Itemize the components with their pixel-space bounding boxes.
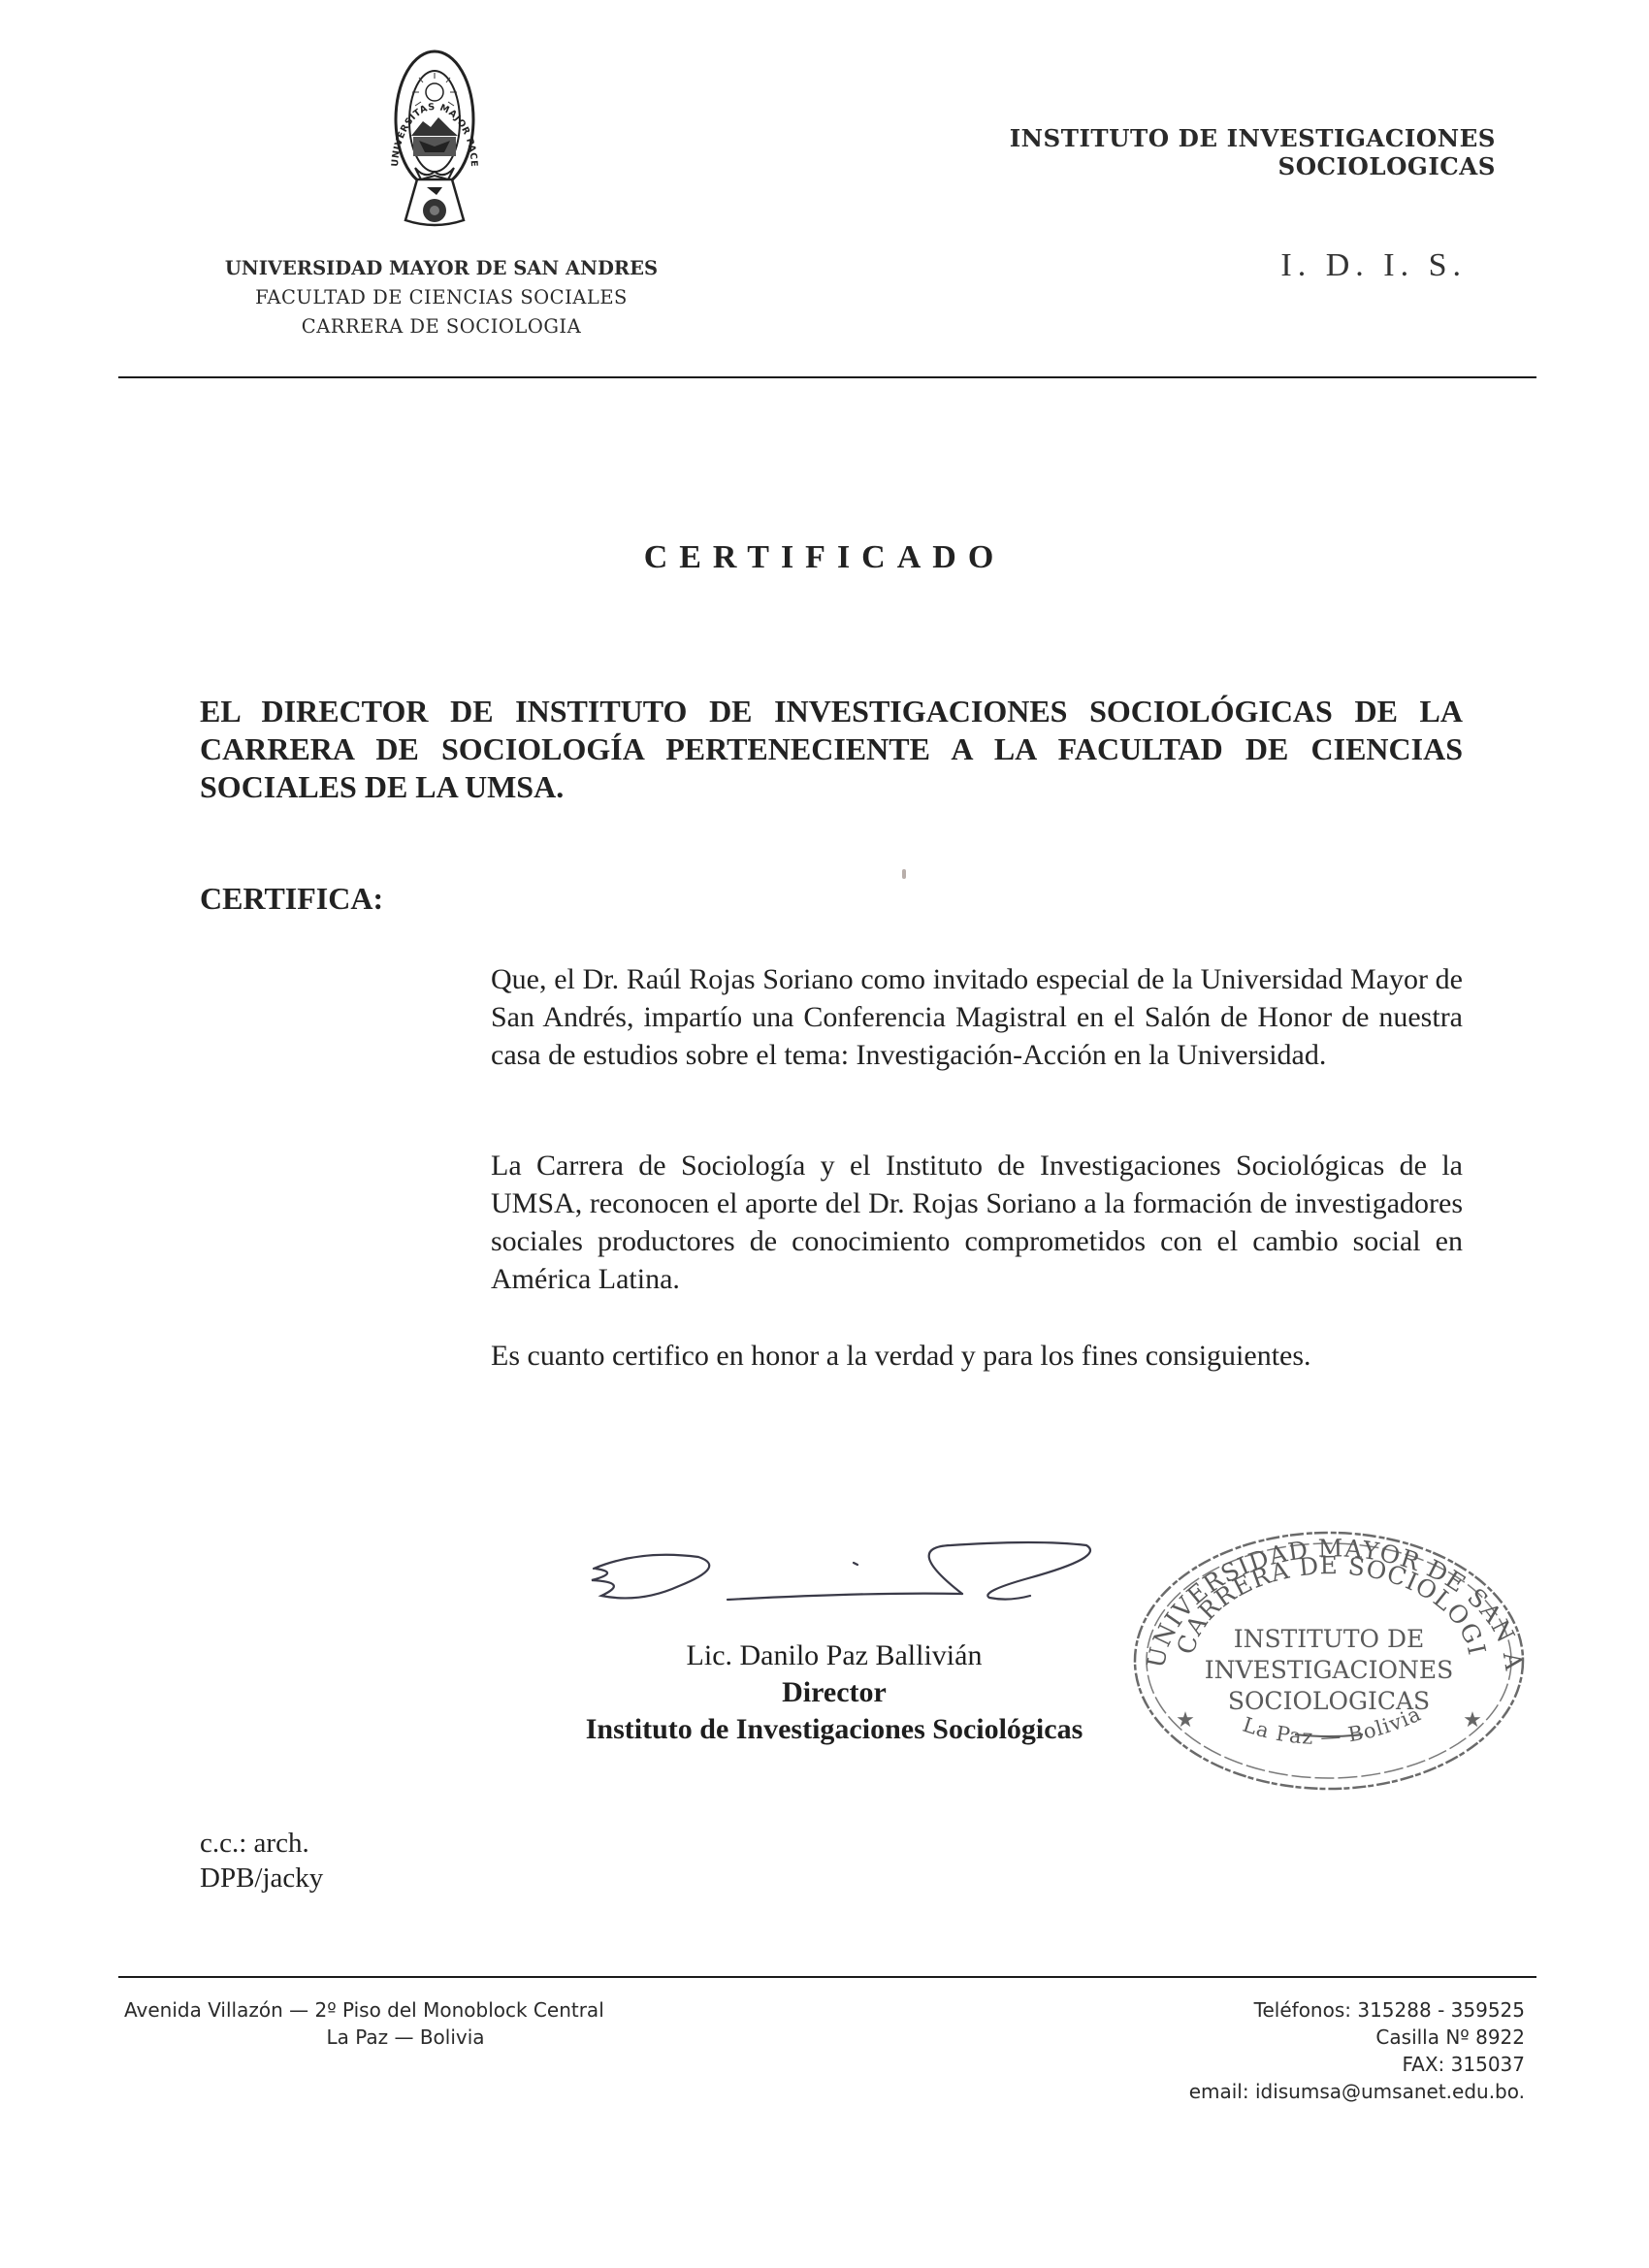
stamp-seal-icon: UNIVERSIDAD MAYOR DE SAN ANDRES CARRERA …: [1125, 1523, 1533, 1799]
email-address[interactable]: email: idisumsa@umsanet.edu.bo.: [1086, 2078, 1525, 2105]
career-name: CARRERA DE SOCIOLOGIA: [194, 312, 689, 341]
cc-line: c.c.: arch.: [200, 1826, 323, 1861]
university-block: UNIVERSIDAD MAYOR DE SAN ANDRES FACULTAD…: [194, 254, 689, 341]
stamp-star-left: ★: [1176, 1707, 1195, 1732]
certifica-label: CERTIFICA:: [200, 881, 383, 917]
po-box: Casilla Nº 8922: [1086, 2024, 1525, 2051]
header-divider: [118, 376, 1536, 378]
body-paragraph-3: Es cuanto certifico en honor a la verdad…: [491, 1337, 1463, 1375]
svg-text:INVESTIGACIONES: INVESTIGACIONES: [1205, 1656, 1454, 1684]
signatory-name: Lic. Danilo Paz Ballivián: [524, 1637, 1145, 1674]
official-stamp: UNIVERSIDAD MAYOR DE SAN ANDRES CARRERA …: [1125, 1523, 1533, 1799]
paper-speck: [902, 869, 906, 879]
body-paragraph-2: La Carrera de Sociología y el Instituto …: [491, 1147, 1463, 1298]
crest-icon: UNIVERSITAS MAJOR PACENSIS DIVI ANDREAE: [376, 44, 493, 238]
document-title: CERTIFICADO: [582, 539, 1067, 576]
address-line-1: Avenida Villazón — 2º Piso del Monoblock…: [124, 1996, 687, 2024]
footer-contact: Teléfonos: 315288 - 359525 Casilla Nº 89…: [1086, 1996, 1525, 2105]
footer-divider: [118, 1976, 1536, 1978]
intro-statement: EL DIRECTOR DE INSTITUTO DE INVESTIGACIO…: [200, 693, 1463, 806]
institute-title: INSTITUTO DE INVESTIGACIONES SOCIOLOGICA…: [805, 124, 1496, 180]
faculty-name: FACULTAD DE CIENCIAS SOCIALES: [194, 283, 689, 312]
carbon-copy-block: c.c.: arch. DPB/jacky: [200, 1826, 323, 1895]
university-crest-logo: UNIVERSITAS MAJOR PACENSIS DIVI ANDREAE: [376, 44, 493, 238]
initials-line: DPB/jacky: [200, 1861, 323, 1895]
institute-acronym: I. D. I. S.: [1261, 247, 1467, 284]
body-paragraph-1: Que, el Dr. Raúl Rojas Soriano como invi…: [491, 960, 1463, 1074]
fax-number: FAX: 315037: [1086, 2051, 1525, 2078]
university-name: UNIVERSIDAD MAYOR DE SAN ANDRES: [194, 254, 689, 283]
stamp-star-right: ★: [1463, 1707, 1482, 1732]
signatory-role: Director: [524, 1674, 1145, 1711]
signatory-institution: Instituto de Investigaciones Sociológica…: [524, 1711, 1145, 1748]
svg-text:INSTITUTO DE: INSTITUTO DE: [1234, 1625, 1425, 1653]
phone-numbers: Teléfonos: 315288 - 359525: [1086, 1996, 1525, 2024]
footer-address: Avenida Villazón — 2º Piso del Monoblock…: [124, 1996, 687, 2051]
handwritten-signature: [582, 1538, 1125, 1630]
signature-scribble-icon: [582, 1538, 1125, 1630]
address-line-2: La Paz — Bolivia: [124, 2024, 687, 2051]
signature-block: Lic. Danilo Paz Ballivián Director Insti…: [524, 1637, 1145, 1748]
